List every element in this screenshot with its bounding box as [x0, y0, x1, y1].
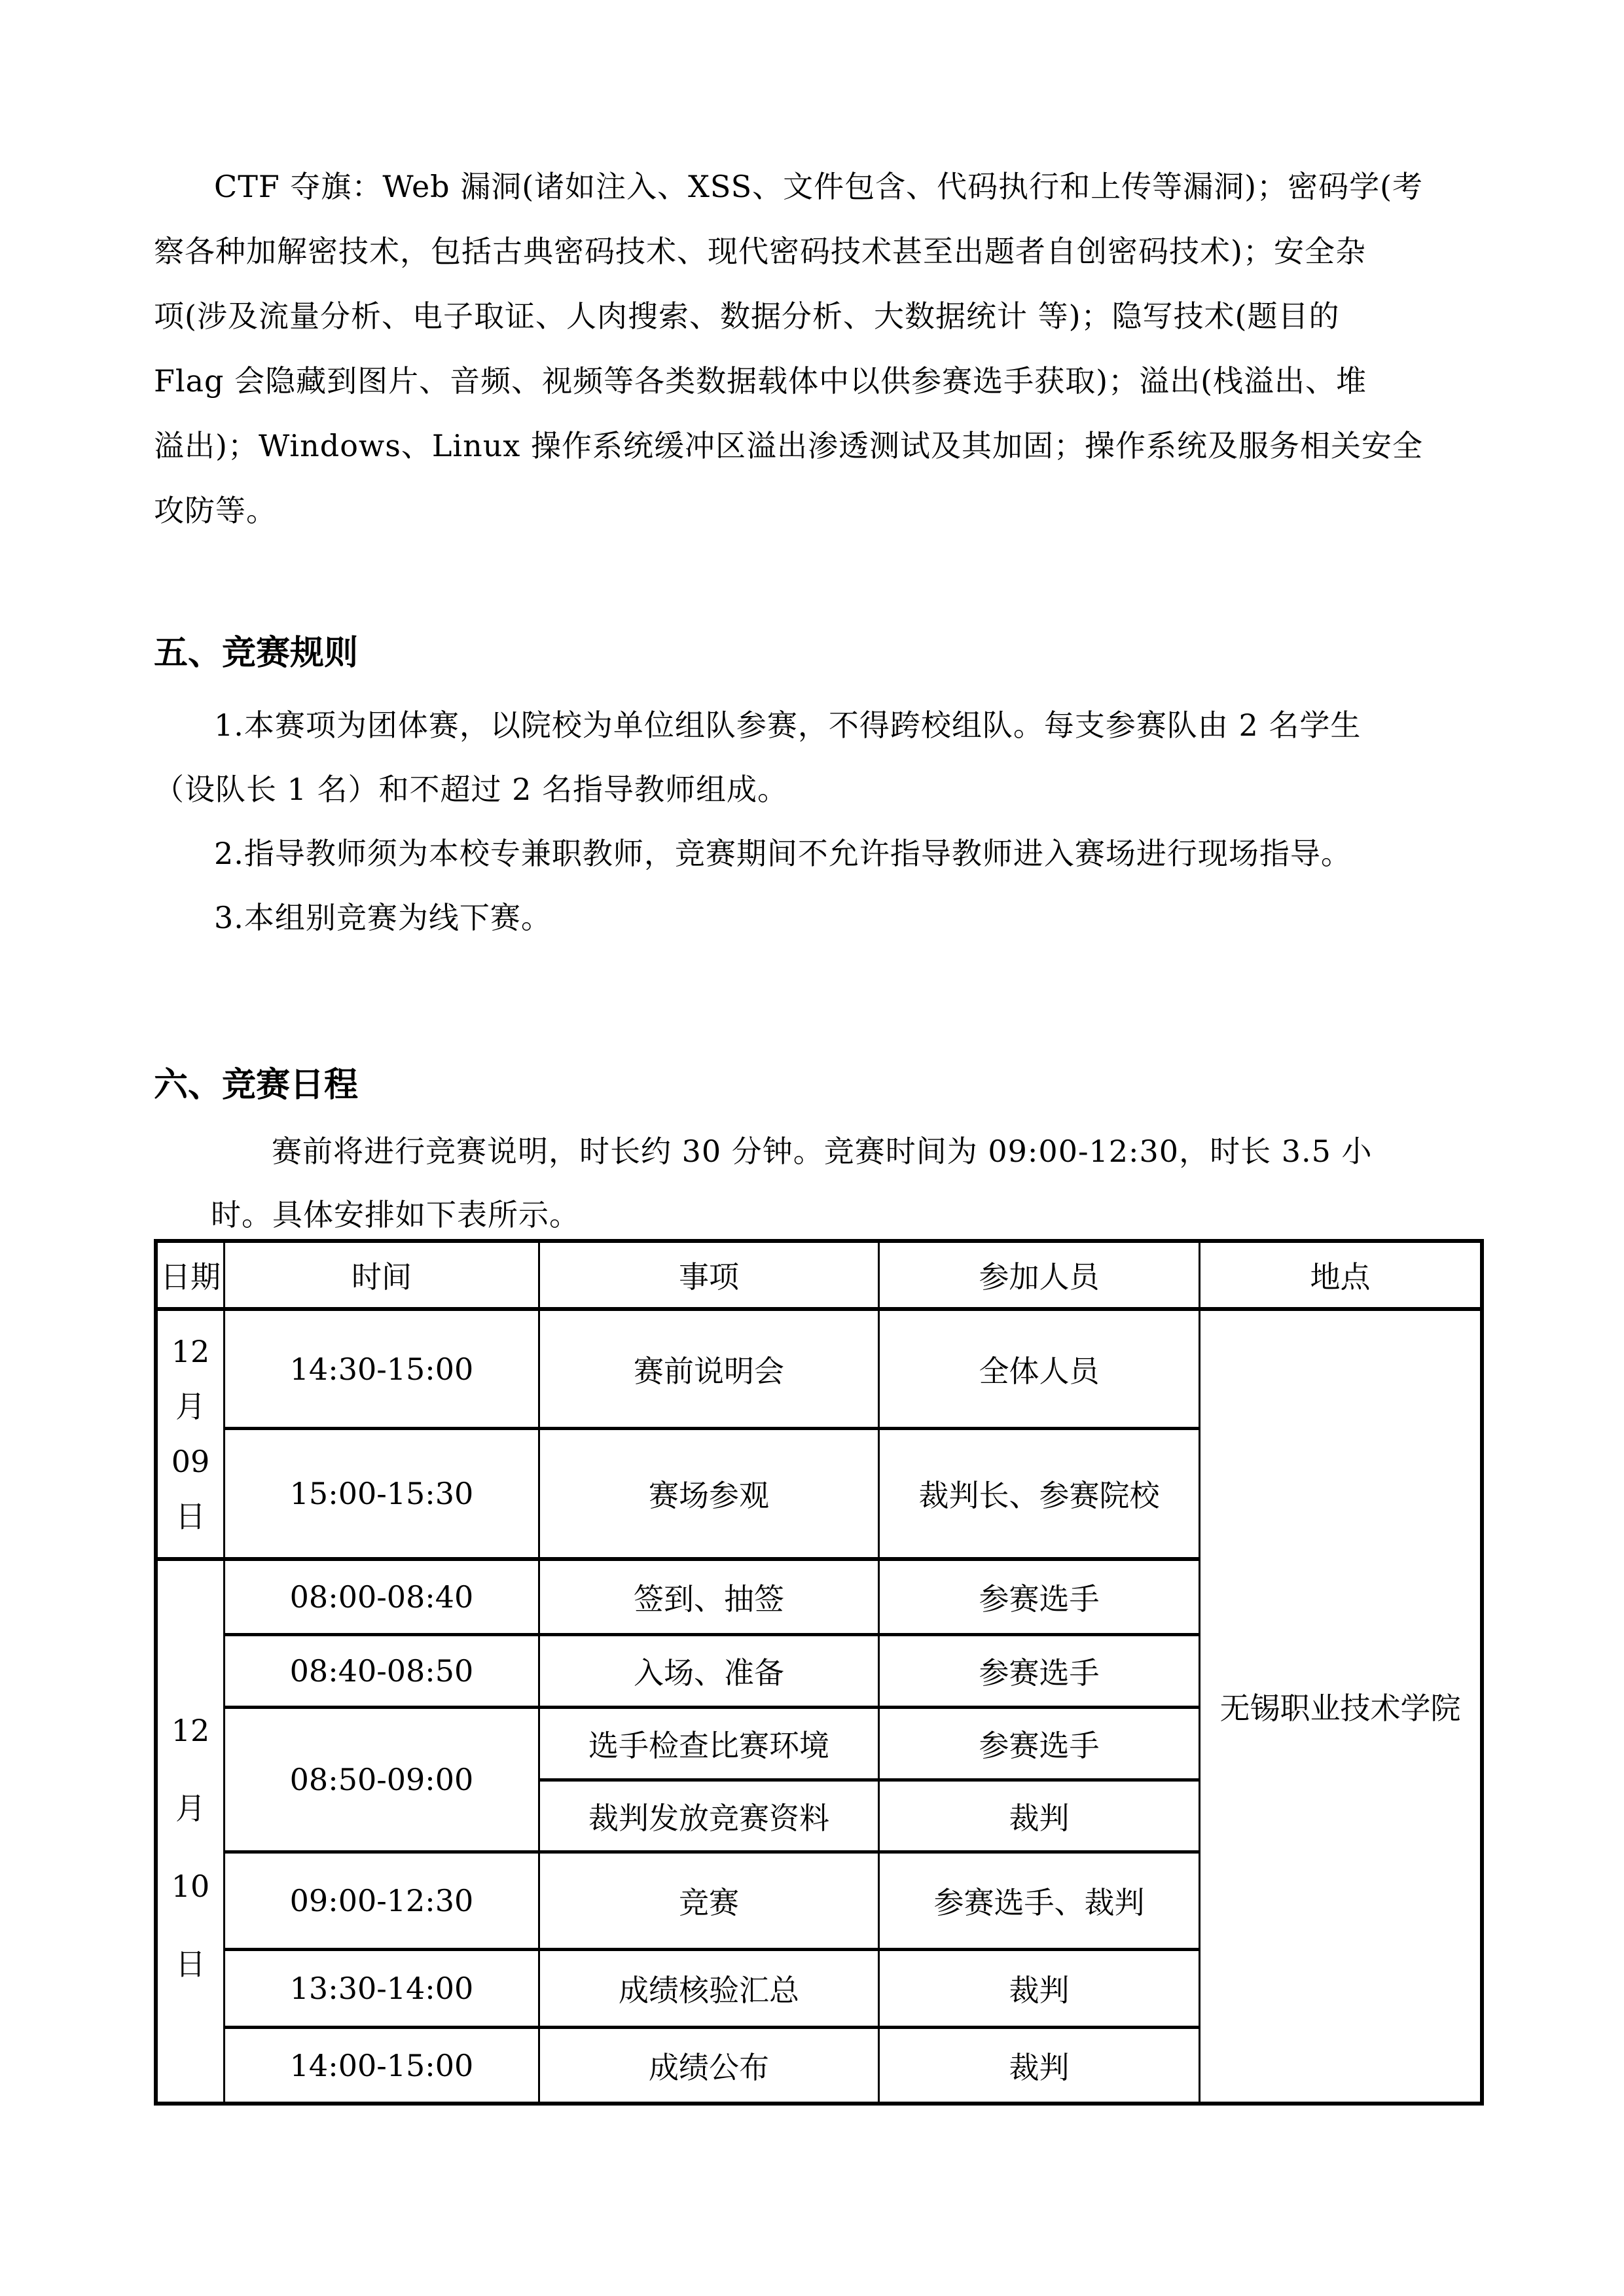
people-cell: 参赛选手、裁判 — [880, 1854, 1199, 1948]
section-heading-schedule: 六、竞赛日程 — [154, 1057, 358, 1106]
time-cell: 09:00-12:30 — [225, 1854, 538, 1948]
schedule-intro-continuation: 时。具体安排如下表所示。 — [211, 1191, 580, 1234]
item-cell: 签到、抽签 — [540, 1561, 878, 1633]
time-cell: 14:30-15:00 — [225, 1311, 538, 1427]
people-cell: 参赛选手 — [880, 1636, 1199, 1706]
section-heading-rules: 五、竞赛规则 — [154, 625, 358, 674]
item-cell: 裁判发放竞赛资料 — [540, 1782, 878, 1850]
item-cell: 成绩公布 — [540, 2029, 878, 2102]
people-cell: 裁判长、参赛院校 — [880, 1430, 1199, 1557]
people-cell: 参赛选手 — [880, 1709, 1199, 1778]
rule-item: 2.指导教师须为本校专兼职教师，竞赛期间不允许指导教师进入赛场进行现场指导。 — [214, 830, 1352, 873]
item-cell: 赛前说明会 — [540, 1311, 878, 1427]
header-date: 日期 — [158, 1243, 223, 1307]
header-item: 事项 — [540, 1243, 878, 1307]
time-cell: 14:00-15:00 — [225, 2029, 538, 2102]
people-cell: 裁判 — [880, 1951, 1199, 2026]
date-cell-dec-10: 12 月 10 日 — [158, 1561, 223, 2102]
location-cell: 无锡职业技术学院 — [1200, 1311, 1480, 2102]
time-cell: 08:40-08:50 — [225, 1636, 538, 1706]
intro-line: 项(涉及流量分析、电子取证、人肉搜索、数据分析、大数据统计 等)；隐写技术(题目… — [154, 284, 1489, 349]
time-cell: 08:00-08:40 — [225, 1561, 538, 1633]
time-cell-merged: 08:50-09:00 — [225, 1709, 538, 1850]
people-cell: 参赛选手 — [880, 1561, 1199, 1633]
rule-item-continuation: （设队长 1 名）和不超过 2 名指导教师组成。 — [154, 766, 788, 809]
item-cell: 入场、准备 — [540, 1636, 878, 1706]
schedule-table: 日期 时间 事项 参加人员 地点 12 月 09 日 12 月 10 日 14:… — [154, 1239, 1484, 2106]
date-cell-dec-09: 12 月 09 日 — [158, 1311, 223, 1557]
intro-line: CTF 夺旗：Web 漏洞(诸如注入、XSS、文件包含、代码执行和上传等漏洞)；… — [214, 169, 1423, 204]
header-time: 时间 — [225, 1243, 538, 1307]
item-cell: 选手检查比赛环境 — [540, 1709, 878, 1778]
time-cell: 15:00-15:30 — [225, 1430, 538, 1557]
item-cell: 竞赛 — [540, 1854, 878, 1948]
people-cell: 全体人员 — [880, 1311, 1199, 1427]
people-cell: 裁判 — [880, 1782, 1199, 1850]
header-people: 参加人员 — [880, 1243, 1199, 1307]
time-cell: 13:30-14:00 — [225, 1951, 538, 2026]
item-cell: 赛场参观 — [540, 1430, 878, 1557]
intro-line: 察各种加解密技术，包括古典密码技术、现代密码技术甚至出题者自创密码技术)；安全杂 — [154, 219, 1489, 284]
rule-item: 1.本赛项为团体赛，以院校为单位组队参赛，不得跨校组队。每支参赛队由 2 名学生 — [214, 702, 1361, 745]
header-location: 地点 — [1200, 1243, 1480, 1307]
intro-line: 溢出)；Windows、Linux 操作系统缓冲区溢出渗透测试及其加固；操作系统… — [154, 414, 1489, 478]
intro-line: 攻防等。 — [154, 478, 1489, 543]
intro-line: Flag 会隐藏到图片、音频、视频等各类数据载体中以供参赛选手获取)；溢出(栈溢… — [154, 349, 1489, 414]
item-cell: 成绩核验汇总 — [540, 1951, 878, 2026]
people-cell: 裁判 — [880, 2029, 1199, 2102]
rule-item: 3.本组别竞赛为线下赛。 — [214, 894, 552, 937]
schedule-intro: 赛前将进行竞赛说明，时长约 30 分钟。竞赛时间为 09:00-12:30，时长… — [272, 1128, 1372, 1171]
